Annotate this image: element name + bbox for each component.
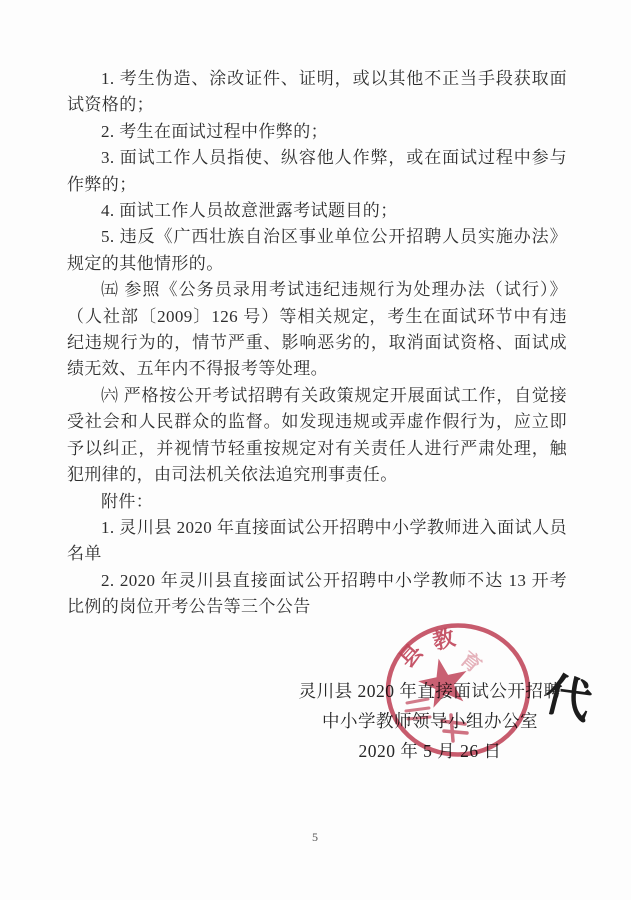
issue-date: 2020 年 5 月 26 日 — [270, 736, 590, 766]
seal-char-1: 县 — [394, 639, 427, 672]
handwritten-mark: 代 — [539, 657, 600, 732]
section-6-paragraph: ㈥ 严格按公开考试招聘有关政策规定开展面试工作，自觉接受社会和人民群众的监督。如… — [67, 383, 567, 489]
seal-char-3: 育 — [456, 646, 487, 677]
attachments-label: 附件： — [67, 489, 567, 515]
list-item-4: 4. 面试工作人员故意泄露考试题目的； — [67, 198, 567, 224]
list-item-5: 5. 违反《广西壮族自治区事业单位公开招聘人员实施办法》规定的其他情形的。 — [67, 224, 567, 277]
list-item-3: 3. 面试工作人员指使、纵容他人作弊，或在面试过程中参与作弊的； — [67, 145, 567, 198]
attachment-item-2: 2. 2020 年灵川县直接面试公开招聘中小学教师不达 13 开考比例的岗位开考… — [67, 568, 567, 621]
document-body: 1. 考生伪造、涂改证件、证明，或以其他不正当手段获取面试资格的； 2. 考生在… — [67, 66, 567, 621]
page-number: 5 — [0, 830, 631, 845]
list-item-2: 2. 考生在面试过程中作弊的； — [67, 119, 567, 145]
issuing-org-line1: 灵川县 2020 年直接面试公开招聘 — [270, 676, 590, 706]
document-page: 1. 考生伪造、涂改证件、证明，或以其他不正当手段获取面试资格的； 2. 考生在… — [0, 0, 631, 900]
section-5-paragraph: ㈤ 参照《公务员录用考试违纪违规行为处理办法（试行）》（人社部〔2009〕126… — [67, 277, 567, 383]
seal-char-2: 教 — [430, 624, 458, 654]
list-item-1: 1. 考生伪造、涂改证件、证明，或以其他不正当手段获取面试资格的； — [67, 66, 567, 119]
attachment-item-1: 1. 灵川县 2020 年直接面试公开招聘中小学教师进入面试人员名单 — [67, 515, 567, 568]
